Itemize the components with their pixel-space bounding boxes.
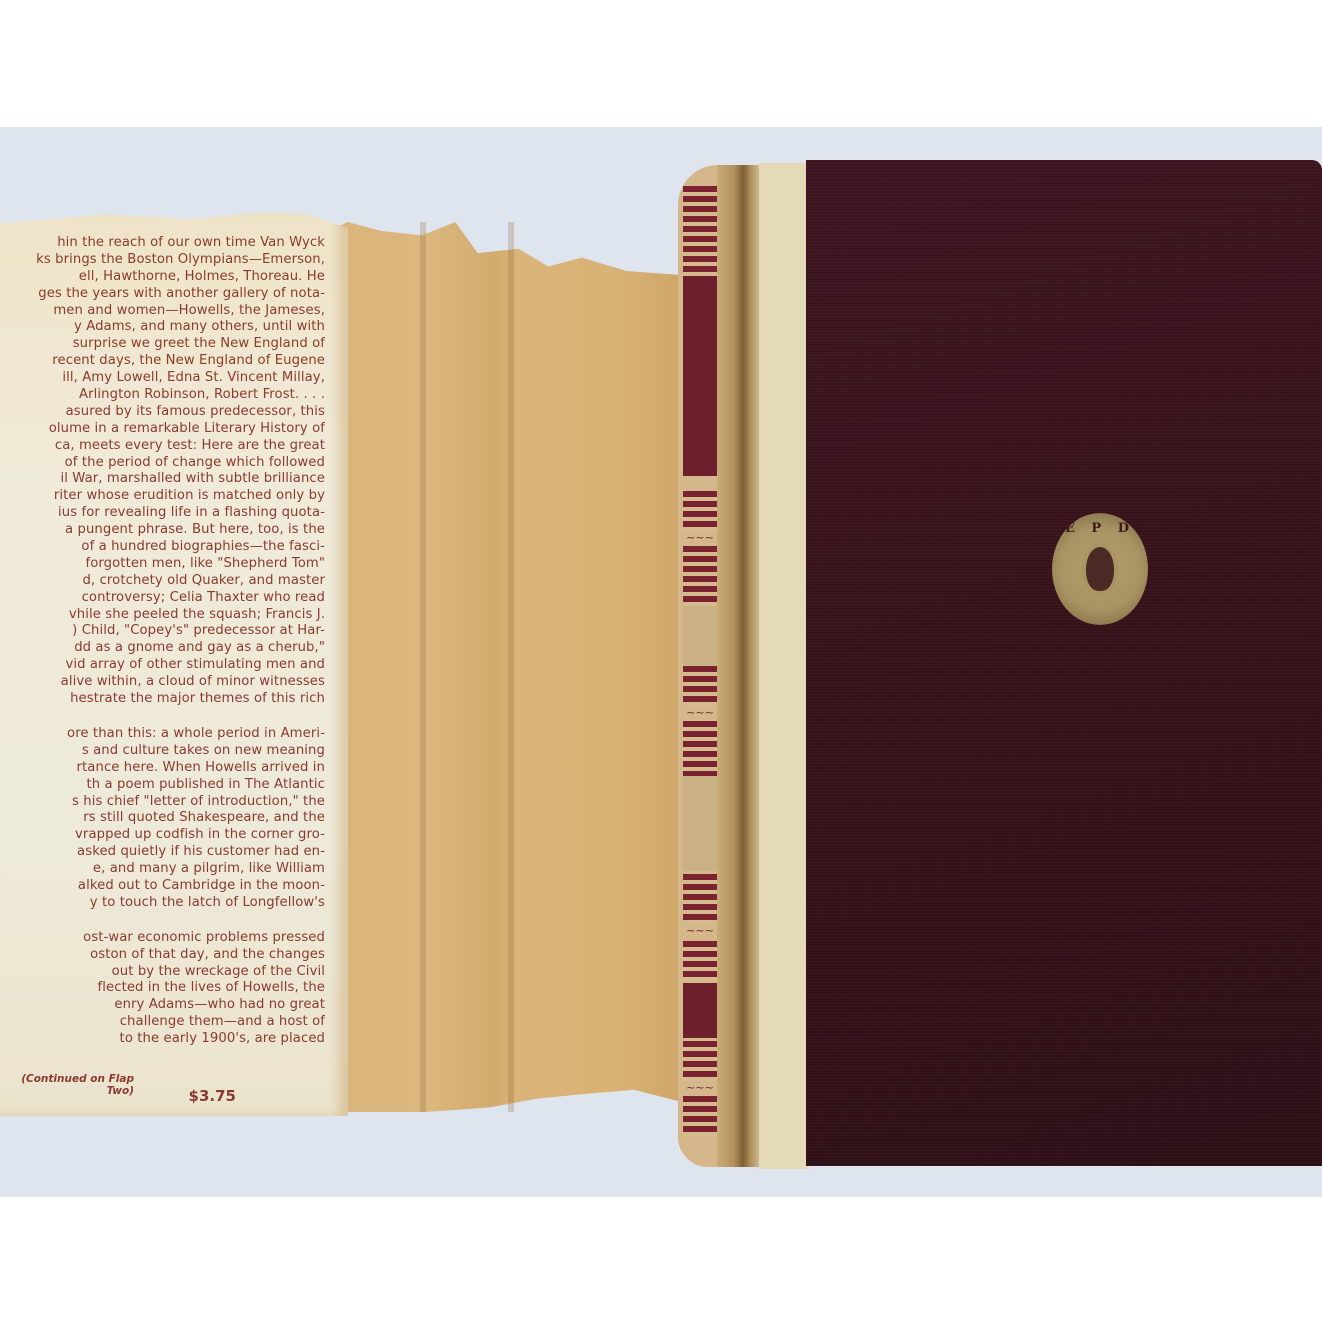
flap-text-line: y Adams, and many others, until with bbox=[0, 319, 325, 336]
bird-icon bbox=[1082, 543, 1118, 595]
flap-text-line: surprise we greet the New England of bbox=[0, 336, 325, 353]
spine-stripes bbox=[683, 1096, 717, 1136]
flap-text-line: rs still quoted Shakespeare, and the bbox=[0, 810, 325, 827]
spine-title-panel bbox=[683, 276, 717, 476]
dust-jacket-inner-panel bbox=[314, 222, 686, 1112]
spine-ornament-icon: ~~~ bbox=[683, 1081, 717, 1095]
flap-text-line: oston of that day, and the changes bbox=[0, 947, 325, 964]
spine-stripes bbox=[683, 941, 717, 981]
spine-stripes bbox=[683, 186, 717, 274]
paragraph-gap bbox=[0, 912, 325, 930]
flap-text-line: ell, Hawthorne, Holmes, Thoreau. He bbox=[0, 269, 325, 286]
flap-text-line: alive within, a cloud of minor witnesses bbox=[0, 674, 325, 691]
flap-text-line: controversy; Celia Thaxter who read bbox=[0, 590, 325, 607]
flap-text-line: of the period of change which followed bbox=[0, 455, 325, 472]
flap-text-line: y to touch the latch of Longfellow's bbox=[0, 895, 325, 912]
flap-text-line: Arlington Robinson, Robert Frost. . . . bbox=[0, 387, 325, 404]
spine-ornament-icon: ~~~ bbox=[683, 531, 717, 545]
flap-text-line: d, crotchety old Quaker, and master bbox=[0, 573, 325, 590]
spine-stripes bbox=[683, 721, 717, 776]
flap-text-line: th a poem published in The Atlantic bbox=[0, 777, 325, 794]
spine-cloth-strip bbox=[759, 163, 809, 1169]
spine-ornament-icon: ~~~ bbox=[683, 706, 717, 720]
spine-stripes bbox=[683, 1041, 717, 1081]
flap-price: $3.75 bbox=[0, 1087, 236, 1105]
flap-text-line: asked quietly if his customer had en- bbox=[0, 844, 325, 861]
flap-text-line: ost-war economic problems pressed bbox=[0, 930, 325, 947]
spine-ornament-icon: ~~~ bbox=[683, 924, 717, 938]
flap-text-line: asured by its famous predecessor, this bbox=[0, 404, 325, 421]
flap-text-line: ore than this: a whole period in Ameri- bbox=[0, 726, 325, 743]
flap-text-line: hin the reach of our own time Van Wyck bbox=[0, 235, 325, 252]
flap-text-line: ks brings the Boston Olympians—Emerson, bbox=[0, 252, 325, 269]
flap-text-line: to the early 1900's, are placed bbox=[0, 1031, 325, 1048]
flap-text-line: riter whose erudition is matched only by bbox=[0, 488, 325, 505]
spine-light-panel bbox=[683, 606, 717, 666]
flap-text-line: recent days, the New England of Eugene bbox=[0, 353, 325, 370]
flap-text-line: vid array of other stimulating men and bbox=[0, 657, 325, 674]
spine-stripes bbox=[683, 666, 717, 706]
spine-author-panel bbox=[683, 983, 717, 1038]
flap-text-line: dd as a gnome and gay as a cherub," bbox=[0, 640, 325, 657]
flap-text-line: ius for revealing life in a flashing quo… bbox=[0, 505, 325, 522]
flap-text-line: a pungent phrase. But here, too, is the bbox=[0, 522, 325, 539]
flap-text-line: vrapped up codfish in the corner gro- bbox=[0, 827, 325, 844]
flap-text-line: rtance here. When Howells arrived in bbox=[0, 760, 325, 777]
flap-text-line: ill, Amy Lowell, Edna St. Vincent Millay… bbox=[0, 370, 325, 387]
flap-text-line: men and women—Howells, the Jameses, bbox=[0, 303, 325, 320]
flap-text-line: e, and many a pilgrim, like William bbox=[0, 861, 325, 878]
paragraph-gap bbox=[0, 708, 325, 726]
jacket-fold-line bbox=[508, 222, 514, 1112]
spine-stripes bbox=[683, 546, 717, 606]
flap-text-line: vhile she peeled the squash; Francis J. bbox=[0, 607, 325, 624]
flap-text-line: s and culture takes on new meaning bbox=[0, 743, 325, 760]
publisher-emblem-icon: E P D bbox=[1052, 513, 1148, 625]
jacket-fold-line bbox=[420, 222, 426, 1112]
spine-stripes bbox=[683, 874, 717, 922]
flap-blurb-text: hin the reach of our own time Van Wyckks… bbox=[0, 235, 325, 1048]
flap-text-line: forgotten men, like "Shepherd Tom" bbox=[0, 556, 325, 573]
book-front-cover bbox=[806, 160, 1322, 1166]
flap-text-line: flected in the lives of Howells, the bbox=[0, 980, 325, 997]
spine-decoration: ~~~ ~~~ ~~~ ~~~ bbox=[683, 186, 717, 1146]
flap-text-line: of a hundred biographies—the fasci- bbox=[0, 539, 325, 556]
spine-light-panel bbox=[683, 776, 717, 871]
flap-text-line: ca, meets every test: Here are the great bbox=[0, 438, 325, 455]
flap-text-line: out by the wreckage of the Civil bbox=[0, 964, 325, 981]
flap-text-line: hestrate the major themes of this rich bbox=[0, 691, 325, 708]
spine-stripes bbox=[683, 491, 717, 531]
flap-text-line: enry Adams—who had no great bbox=[0, 997, 325, 1014]
spine-hinge-stain bbox=[717, 165, 759, 1167]
flap-text-line: ges the years with another gallery of no… bbox=[0, 286, 325, 303]
flap-text-line: alked out to Cambridge in the moon- bbox=[0, 878, 325, 895]
emblem-letters: E P D bbox=[1052, 521, 1148, 536]
flap-text-line: s his chief "letter of introduction," th… bbox=[0, 794, 325, 811]
flap-text-line: olume in a remarkable Literary History o… bbox=[0, 421, 325, 438]
flap-text-line: il War, marshalled with subtle brillianc… bbox=[0, 471, 325, 488]
flap-text-line: challenge them—and a host of bbox=[0, 1014, 325, 1031]
flap-text-line: ) Child, "Copey's" predecessor at Har- bbox=[0, 623, 325, 640]
